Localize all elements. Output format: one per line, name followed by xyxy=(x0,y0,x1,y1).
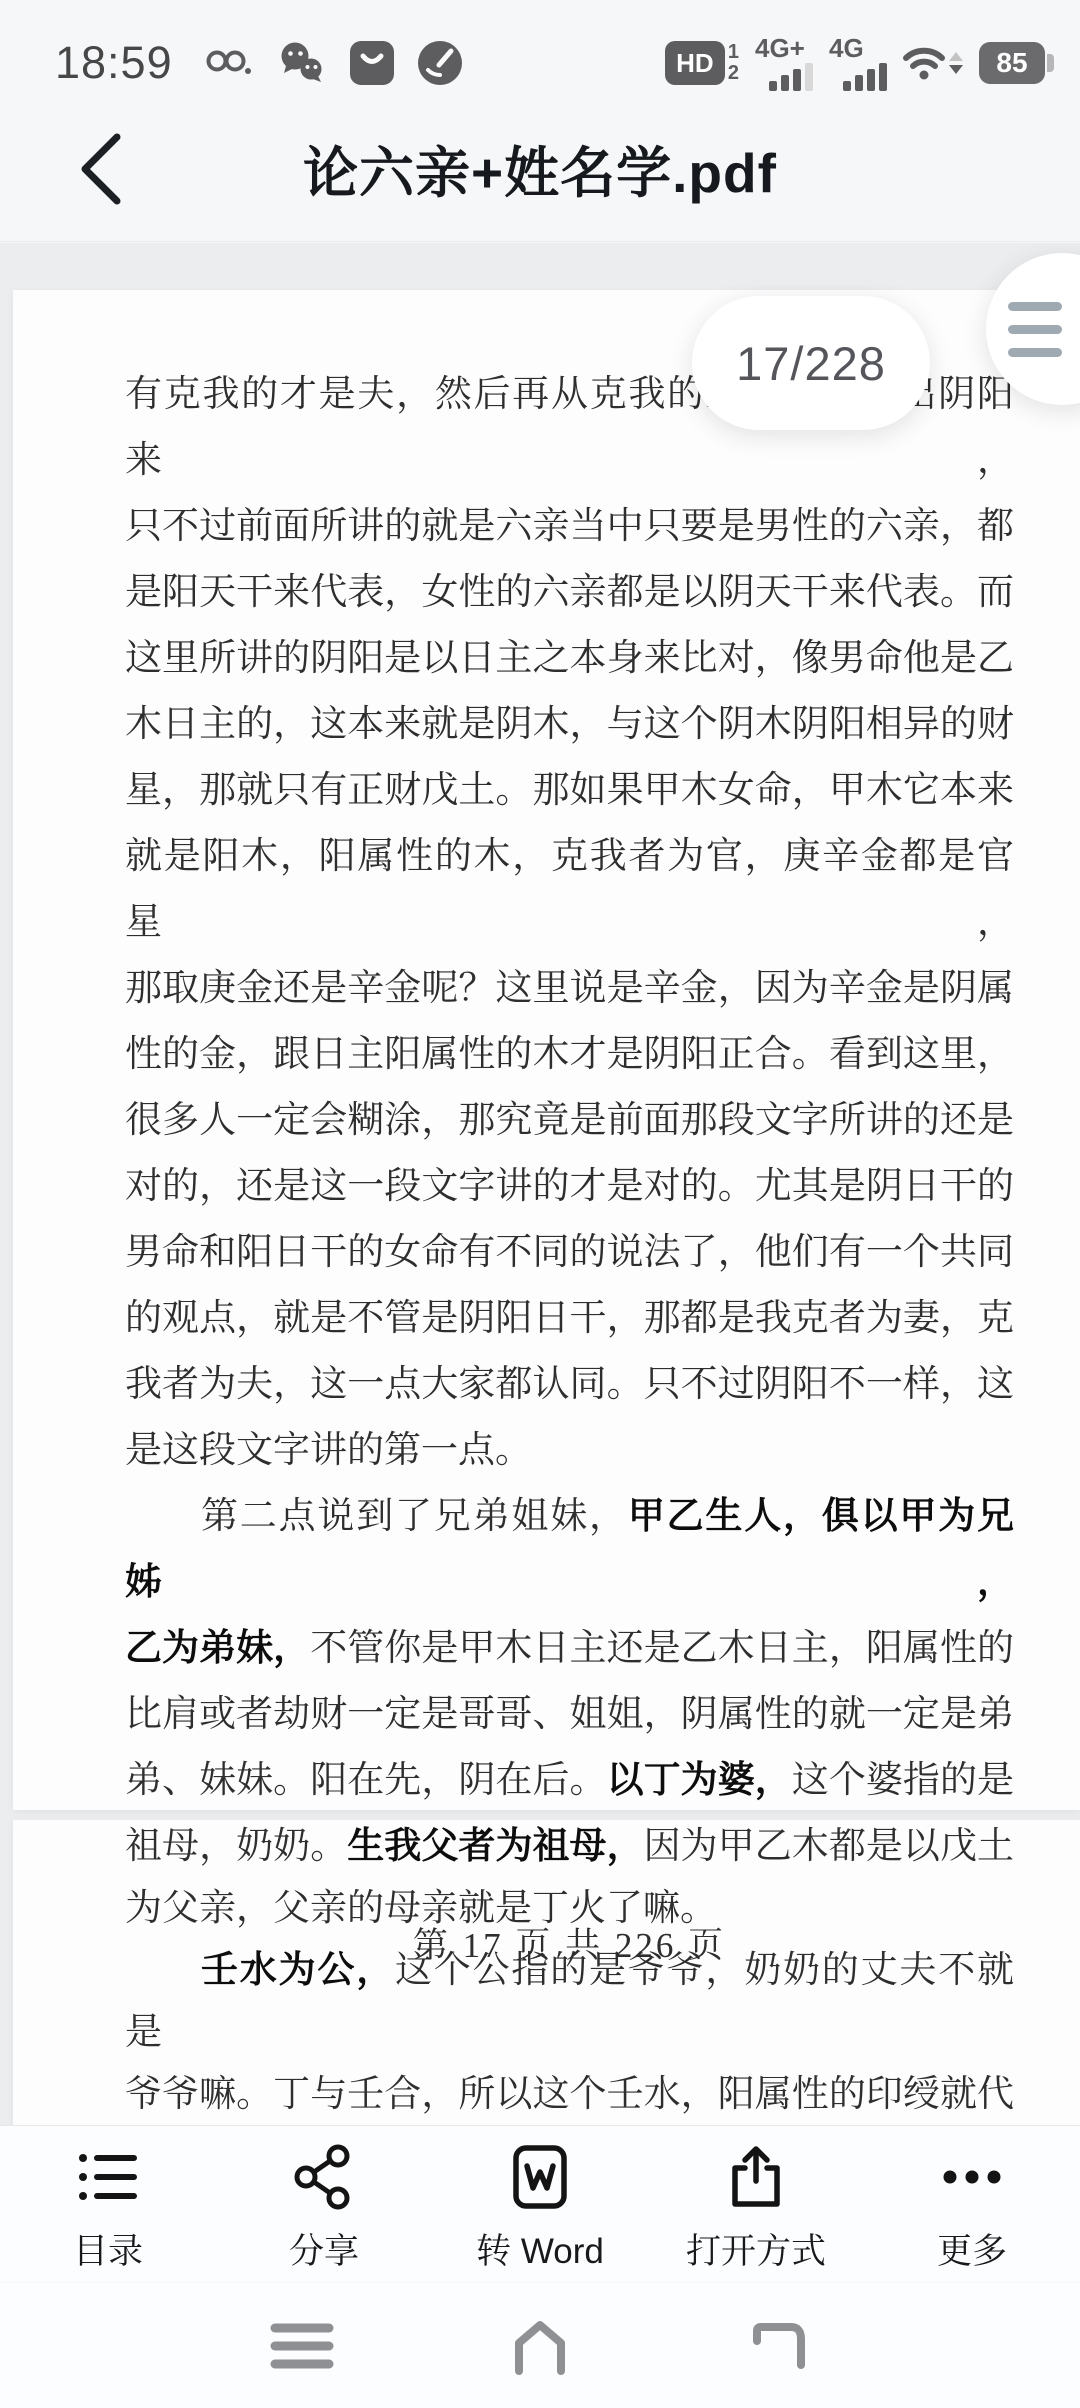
pdf-text-line: 是阳天干来代表，女性的六亲都是以阴天干来代表。而 xyxy=(125,560,1014,626)
wechat-icon xyxy=(277,40,327,86)
pdf-text: 第二点说到了兄弟姐妹， xyxy=(201,1496,628,1537)
toolbar-label: 转 Word xyxy=(476,2224,604,2274)
pdf-text-line: 壬水为公，这个公指的是爷爷，奶奶的丈夫不就是 xyxy=(125,1940,1014,2064)
pdf-text: 只不过前面所讲的就是六亲当中只要是男性的六亲，都 xyxy=(125,506,1014,547)
back-chevron-icon xyxy=(77,131,123,207)
toolbar-label: 分享 xyxy=(289,2224,359,2274)
signal-bars-2 xyxy=(843,63,887,91)
toolbar-item-open-with[interactable]: 打开方式 xyxy=(648,2126,864,2282)
nav-bar: 论六亲+姓名学.pdf xyxy=(0,96,1080,242)
more-dots-icon xyxy=(938,2143,1006,2211)
pdf-text-line: 男命和阳日干的女命有不同的说法了，他们有一个共同 xyxy=(125,1220,1014,1286)
pdf-text: 爷爷嘛。丁与壬合，所以这个壬水，阳属性的印绶就代 xyxy=(125,2074,1014,2115)
pdf-text: 木日主的，这本来就是阴木，与这个阴木阴阳相异的财 xyxy=(125,704,1014,745)
pdf-text: 星，那就只有正财戊土。那如果甲木女命，甲木它本来 xyxy=(125,770,1014,811)
pdf-text-line: 这里所讲的阴阳是以日主之本身来比对，像男命他是乙 xyxy=(125,626,1014,692)
pdf-text-line: 对的，还是这一段文字讲的才是对的。尤其是阴日干的 xyxy=(125,1154,1014,1220)
pdf-text: 是这段文字讲的第一点。 xyxy=(125,1430,532,1471)
pdf-text: 那取庚金还是辛金呢？这里说是辛金，因为辛金是阴属 xyxy=(125,968,1014,1009)
pdf-text: 很多人一定会糊涂，那究竟是前面那段文字所讲的还是 xyxy=(125,1100,1014,1141)
pdf-text-line: 是这段文字讲的第一点。 xyxy=(125,1418,1014,1484)
pdf-text: 比肩或者劫财一定是哥哥、姐姐，阴属性的就一定是弟 xyxy=(125,1694,1014,1735)
pdf-text-line: 木日主的，这本来就是阴木，与这个阴木阴阳相异的财 xyxy=(125,692,1014,758)
recents-icon xyxy=(270,2320,334,2372)
back-nav-icon xyxy=(747,2319,809,2373)
pdf-text: 男命和阳日干的女命有不同的说法了，他们有一个共同 xyxy=(125,1232,1014,1273)
network-type-1: 4G+ xyxy=(755,36,805,60)
pdf-text-line: 只不过前面所讲的就是六亲当中只要是男性的六亲，都 xyxy=(125,494,1014,560)
pdf-text: 我者为夫，这一点大家都认同。只不过阴阳不一样，这 xyxy=(125,1364,1014,1405)
network-activity-arrows xyxy=(949,52,963,74)
battery-percent: 85 xyxy=(979,42,1045,84)
volte-hd-icon: HD 1 2 xyxy=(665,41,739,85)
wifi-icon xyxy=(903,45,963,81)
open-with-icon xyxy=(722,2143,790,2211)
share-icon xyxy=(290,2143,358,2211)
pdf-bold-text: 乙为弟妹， xyxy=(125,1628,310,1669)
network-type-2: 4G xyxy=(829,36,864,60)
compass-icon xyxy=(417,40,463,86)
toolbar-item-toc[interactable]: 目录 xyxy=(0,2126,216,2282)
menu-icon-line xyxy=(1008,325,1062,334)
signal-sim1: 4G+ xyxy=(755,36,813,91)
pdf-text-line: 的观点，就是不管是阴阳日干，那都是我克者为妻，克 xyxy=(125,1286,1014,1352)
system-navbar xyxy=(0,2283,1080,2408)
pdf-text-line: 祖母，奶奶。生我父者为祖母，因为甲乙木都是以戊土 xyxy=(125,1814,1014,1880)
back-button[interactable] xyxy=(60,129,140,209)
menu-icon-line xyxy=(1008,348,1062,357)
pdf-text-line: 那取庚金还是辛金呢？这里说是辛金，因为辛金是阴属 xyxy=(125,956,1014,1022)
pdf-text: 因为甲乙木都是以戊土 xyxy=(644,1826,1014,1867)
pdf-text-line: 星，那就只有正财戊土。那如果甲木女命，甲木它本来 xyxy=(125,758,1014,824)
pdf-text-line: 很多人一定会糊涂，那究竟是前面那段文字所讲的还是 xyxy=(125,1088,1014,1154)
signal-sim2: 4G xyxy=(829,36,887,91)
word-convert-icon xyxy=(506,2143,574,2211)
pdf-bold-text: 壬水为公， xyxy=(201,1950,395,1991)
clock-text: 18:59 xyxy=(55,37,173,89)
toolbar-item-share[interactable]: 分享 xyxy=(216,2126,432,2282)
signal-bars-1 xyxy=(769,63,813,91)
pdf-text: 不管你是甲木日主还是乙木日主，阳属性的 xyxy=(310,1628,1014,1669)
pdf-text: 就是阳木，阳属性的木，克我者为官，庚辛金都是官星， xyxy=(125,836,1014,943)
pdf-text: 对的，还是这一段文字讲的才是对的。尤其是阴日干的 xyxy=(125,1166,1014,1207)
status-bar: 18:59 xyxy=(0,0,1080,96)
pdf-text-line: 比肩或者劫财一定是哥哥、姐姐，阴属性的就一定是弟 xyxy=(125,1682,1014,1748)
pdf-text: 弟、妹妹。阳在先，阴在后。 xyxy=(125,1760,607,1801)
pdf-text-line: 第二点说到了兄弟姐妹，甲乙生人，俱以甲为兄姊， xyxy=(125,1484,1014,1616)
home-button[interactable] xyxy=(507,2313,573,2379)
pdf-page-17: 有克我的才是夫，然后再从克我的五行当中比出阴阳来，只不过前面所讲的就是六亲当中只… xyxy=(13,290,1080,1810)
toolbar-label: 更多 xyxy=(937,2224,1007,2274)
toolbar-label: 打开方式 xyxy=(686,2224,826,2274)
phone-screen: 18:59 xyxy=(0,0,1080,2408)
pdf-text-line: 爷爷嘛。丁与壬合，所以这个壬水，阳属性的印绶就代 xyxy=(125,2064,1014,2125)
bottom-toolbar: 目录 分享 转 Word 打开方式 xyxy=(0,2125,1080,2282)
battery-icon: 85 xyxy=(979,42,1054,84)
pdf-text: 这里所讲的阴阳是以日主之本身来比对，像男命他是乙 xyxy=(125,638,1014,679)
pdf-page-18-text: 为父亲，父亲的母亲就是丁火了嘛。壬水为公，这个公指的是爷爷，奶奶的丈夫不就是爷爷… xyxy=(125,1878,1014,2125)
notification-icons xyxy=(203,40,463,86)
hd-sim-numbers: 1 2 xyxy=(728,42,739,84)
battery-nub xyxy=(1047,54,1054,72)
glasses-icon xyxy=(203,41,255,85)
pdf-text-line: 为父亲，父亲的母亲就是丁火了嘛。 xyxy=(125,1878,1014,1940)
recents-button[interactable] xyxy=(269,2313,335,2379)
toolbar-item-more[interactable]: 更多 xyxy=(864,2126,1080,2282)
page-indicator-pill[interactable]: 17/228 xyxy=(692,296,930,430)
toolbar-item-to-word[interactable]: 转 Word xyxy=(432,2126,648,2282)
pdf-text: 是阳天干来代表，女性的六亲都是以阴天干来代表。而 xyxy=(125,572,1014,613)
pdf-text-line: 我者为夫，这一点大家都认同。只不过阴阳不一样，这 xyxy=(125,1352,1014,1418)
toolbar-label: 目录 xyxy=(73,2224,143,2274)
document-title: 论六亲+姓名学.pdf xyxy=(303,129,777,208)
hd-badge: HD xyxy=(665,41,725,85)
pdf-text-line: 就是阳木，阳属性的木，克我者为官，庚辛金都是官星， xyxy=(125,824,1014,956)
menu-icon-line xyxy=(1008,302,1062,311)
pdf-bold-text: 以丁为婆， xyxy=(607,1760,792,1801)
pdf-text: 祖母，奶奶。 xyxy=(125,1826,347,1867)
pdf-bold-text: 生我父者为祖母， xyxy=(347,1826,643,1867)
status-right-cluster: HD 1 2 4G+ 4G xyxy=(665,36,1054,91)
pdf-text: 为父亲，父亲的母亲就是丁火了嘛。 xyxy=(125,1888,717,1929)
pdf-text-line: 乙为弟妹，不管你是甲木日主还是乙木日主，阳属性的 xyxy=(125,1616,1014,1682)
pdf-text: 性的金，跟日主阳属性的木才是阴阳正合。看到这里， xyxy=(125,1034,1014,1075)
toc-list-icon xyxy=(74,2143,142,2211)
pdf-text: 的观点，就是不管是阴阳日干，那都是我克者为妻，克 xyxy=(125,1298,1014,1339)
pdf-text: 这个婆指的是 xyxy=(792,1760,1014,1801)
sim2-label: 2 xyxy=(728,63,739,84)
pdf-scroll-area[interactable]: 有克我的才是夫，然后再从克我的五行当中比出阴阳来，只不过前面所讲的就是六亲当中只… xyxy=(0,243,1080,2125)
home-icon xyxy=(507,2317,573,2375)
pdf-text-line: 性的金，跟日主阳属性的木才是阴阳正合。看到这里， xyxy=(125,1022,1014,1088)
sim1-label: 1 xyxy=(728,42,739,63)
smile-app-icon xyxy=(349,40,395,86)
pdf-text-line: 弟、妹妹。阳在先，阴在后。以丁为婆，这个婆指的是 xyxy=(125,1748,1014,1814)
back-nav-button[interactable] xyxy=(745,2313,811,2379)
pdf-page-17-text: 有克我的才是夫，然后再从克我的五行当中比出阴阳来，只不过前面所讲的就是六亲当中只… xyxy=(125,362,1014,1880)
